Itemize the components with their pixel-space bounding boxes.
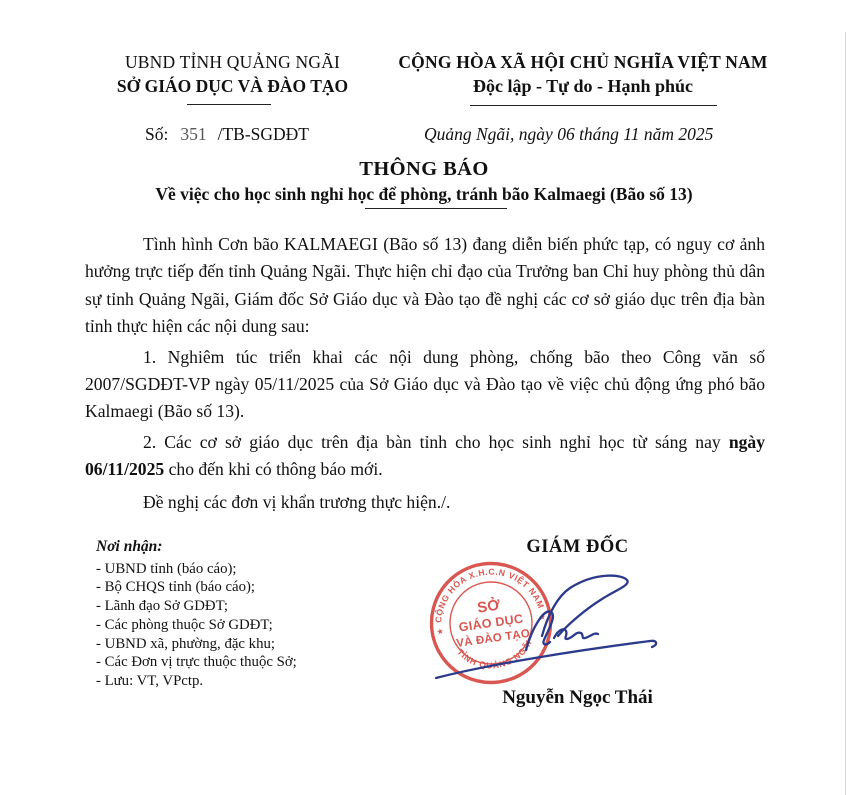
handwritten-signature [420, 566, 710, 684]
recipient-item: - UBND tỉnh (báo cáo); [96, 560, 297, 579]
signer-position-title: GIÁM ĐỐC [440, 537, 715, 558]
agency-underline-rule [187, 104, 271, 105]
recipient-item: - Các Đơn vị trực thuộc thuộc Sở; [96, 653, 297, 672]
paragraph-closing: Đề nghị các đơn vị khẩn trương thực hiện… [85, 489, 765, 516]
motto-underline-rule [470, 105, 717, 106]
document-number-label: Số: [145, 124, 168, 144]
national-title: CỘNG HÒA XÃ HỘI CHỦ NGHĨA VIỆT NAM [378, 52, 788, 73]
document-number-value: 351 [180, 124, 206, 144]
recipient-item: - Bộ CHQS tỉnh (báo cáo); [96, 578, 297, 597]
national-motto-block: CỘNG HÒA XÃ HỘI CHỦ NGHĨA VIỆT NAM Độc l… [378, 52, 788, 97]
recipient-item: - Các phòng thuộc Sở GDĐT; [96, 616, 297, 635]
document-number-suffix: /TB-SGDĐT [218, 124, 309, 144]
signature-ink-icon [420, 566, 710, 684]
paragraph-item-2: 2. Các cơ sở giáo dục trên địa bàn tỉnh … [85, 429, 765, 484]
place-date-line: Quảng Ngãi, ngày 06 tháng 11 năm 2025 [424, 124, 713, 145]
document-number-line: Số:351/TB-SGDĐT [145, 124, 309, 145]
recipient-item: - Lãnh đạo Sở GDĐT; [96, 597, 297, 616]
recipient-item: - Lưu: VT, VPctp. [96, 672, 297, 691]
paragraph-intro: Tình hình Cơn bão KALMAEGI (Bão số 13) đ… [85, 231, 765, 341]
national-motto: Độc lập - Tự do - Hạnh phúc [378, 76, 788, 97]
document-subtitle: Về việc cho học sinh nghỉ học để phòng, … [0, 184, 848, 205]
title-underline-rule [365, 208, 507, 209]
paragraph-item-1: 1. Nghiêm túc triển khai các nội dung ph… [85, 344, 765, 426]
document-body: Tình hình Cơn bão KALMAEGI (Bão số 13) đ… [85, 231, 765, 519]
signer-name: Nguyễn Ngọc Thái [440, 687, 715, 709]
issuing-agency-parent: UBND TỈNH QUẢNG NGÃI [80, 52, 385, 73]
document-title: THÔNG BÁO [84, 158, 764, 181]
recipients-block: Nơi nhận: - UBND tỉnh (báo cáo); - Bộ CH… [96, 538, 297, 691]
recipient-item: - UBND xã, phường, đặc khu; [96, 635, 297, 654]
page-edge-line [845, 32, 846, 795]
recipients-label: Nơi nhận: [96, 538, 297, 557]
issuing-agency-block: UBND TỈNH QUẢNG NGÃI SỞ GIÁO DỤC VÀ ĐÀO … [80, 52, 385, 97]
issuing-agency-name: SỞ GIÁO DỤC VÀ ĐÀO TẠO [80, 76, 385, 97]
